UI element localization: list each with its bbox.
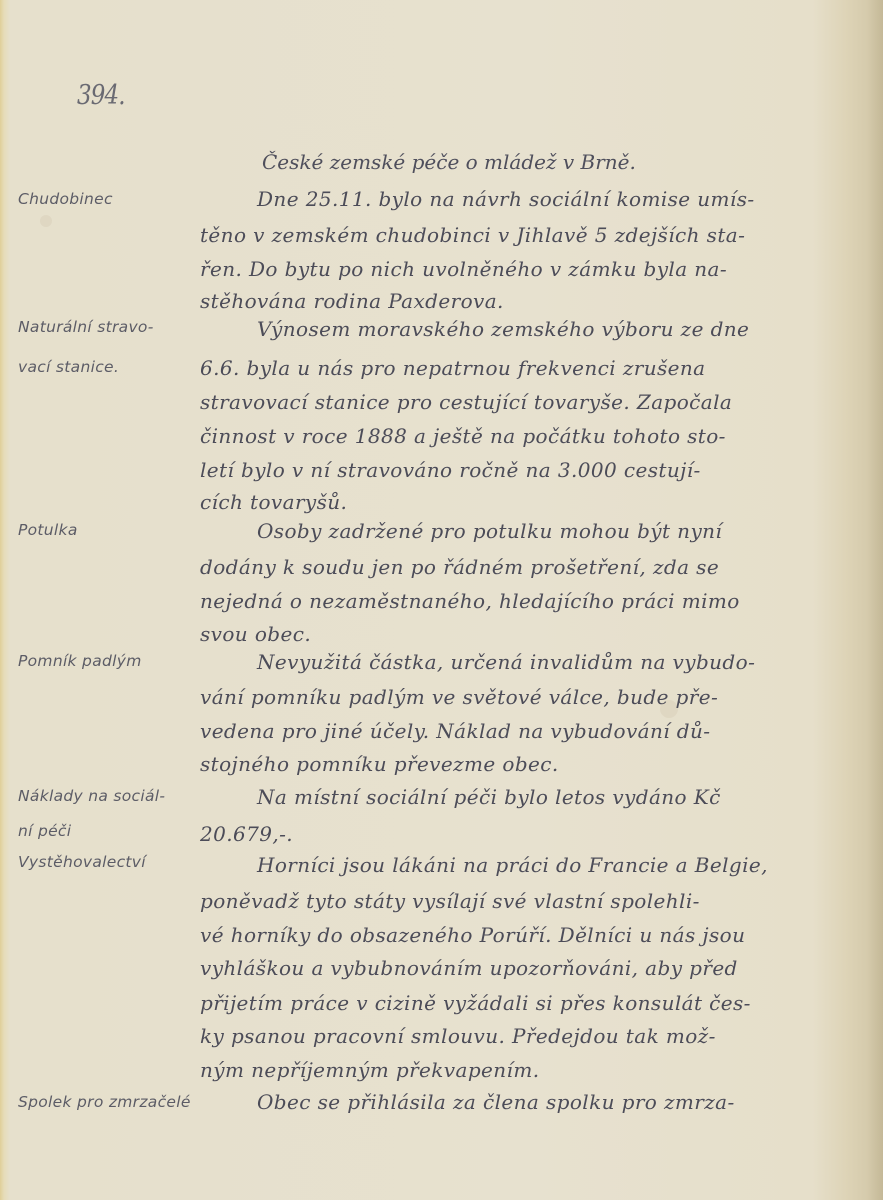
section-heading: České zemské péče o mládež v Brně. [262,150,636,174]
text-line: Nevyužitá částka, určená invalidům na vy… [257,650,755,674]
text-line: letí bylo v ní stravováno ročně na 3.000… [200,458,701,482]
text-line: ným nepříjemným překvapením. [200,1058,539,1082]
text-line: 20.679,-. [200,822,293,846]
margin-label: Spolek pro zmrzačelé [18,1093,191,1111]
text-line: cích tovaryšů. [200,490,347,514]
margin-label: Chudobinec [18,190,113,208]
margin-label: Pomník padlým [18,652,142,670]
margin-label: Naturální stravo- [18,318,154,336]
margin-label: Vystěhovalectví [18,853,146,871]
binding-edge [867,0,883,1200]
text-line: vé horníky do obsazeného Porúří. Dělníci… [200,923,745,947]
text-line: ky psanou pracovní smlouvu. Předejdou ta… [200,1024,716,1048]
manuscript-page: 394. České zemské péče o mládež v Brně. … [0,0,883,1200]
text-line: těno v zemském chudobinci v Jihlavě 5 zd… [200,223,745,247]
text-line: Osoby zadržené pro potulku mohou být nyn… [257,519,722,543]
margin-label: Náklady na sociál- [18,787,165,805]
text-line: činnost v roce 1888 a ještě na počátku t… [200,424,726,448]
text-line: dodány k soudu jen po řádném prošetření,… [200,555,719,579]
text-line: Na místní sociální péči bylo letos vydán… [257,785,721,809]
margin-label: Potulka [18,521,78,539]
paper-stain [40,215,52,227]
text-line: poněvadž tyto státy vysílají své vlastní… [200,889,700,913]
text-line: Dne 25.11. bylo na návrh sociální komise… [257,187,755,211]
text-line: Obec se přihlásila za člena spolku pro z… [257,1090,735,1114]
text-line: nejedná o nezaměstnaného, hledajícího pr… [200,589,740,613]
page-number: 394. [77,80,125,111]
text-line: stěhována rodina Paxderova. [200,289,504,313]
text-line: vání pomníku padlým ve světové válce, bu… [200,685,718,709]
text-line: stojného pomníku převezme obec. [200,752,559,776]
text-line: svou obec. [200,622,311,646]
margin-label: ní péči [18,822,71,840]
text-line: stravovací stanice pro cestující tovaryš… [200,390,732,414]
text-line: 6.6. byla u nás pro nepatrnou frekvenci … [200,356,706,380]
text-line: Výnosem moravského zemského výboru ze dn… [257,317,749,341]
text-line: vyhláškou a vybubnováním upozorňováni, a… [200,956,738,980]
text-line: vedena pro jiné účely. Náklad na vybudov… [200,719,710,743]
text-line: řen. Do bytu po nich uvolněného v zámku … [200,257,727,281]
text-line: Horníci jsou lákáni na práci do Francie … [257,853,768,877]
text-line: přijetím práce v cizině vyžádali si přes… [200,991,751,1015]
margin-label: vací stanice. [18,358,119,376]
